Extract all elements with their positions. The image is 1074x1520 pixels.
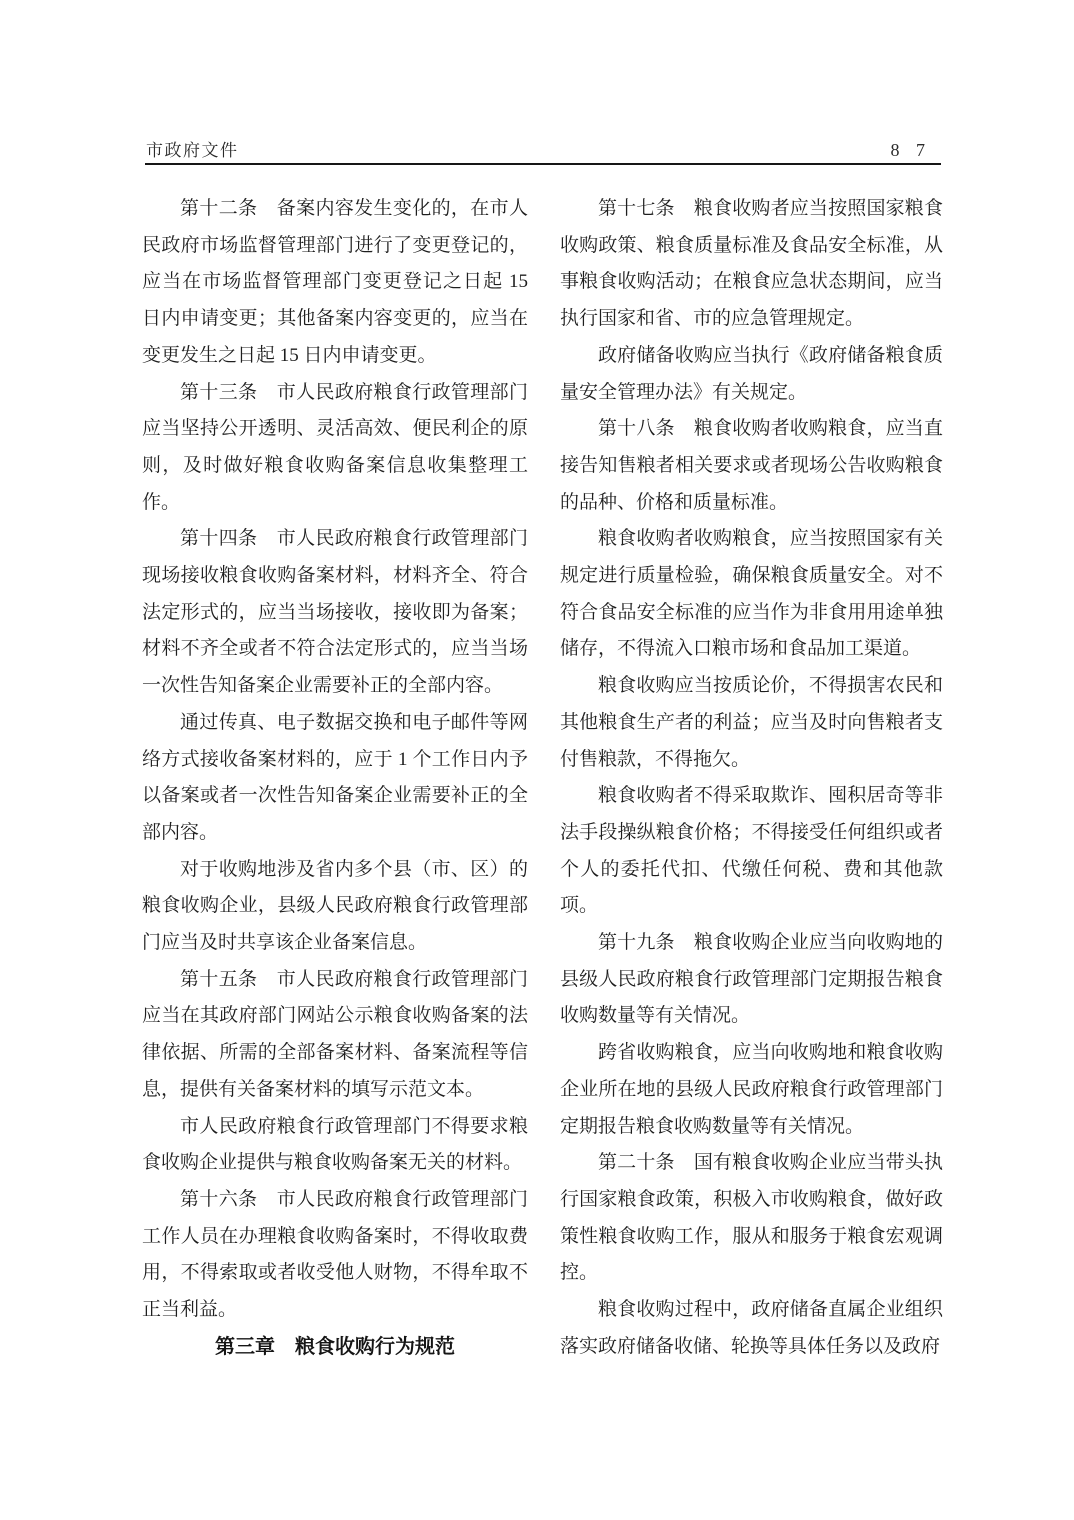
article-14-paragraph-3: 对于收购地涉及省内多个县（市、区）的粮食收购企业，县级人民政府粮食行政管理部门应… xyxy=(142,852,528,962)
header-title: 市政府文件 xyxy=(146,136,239,161)
article-17-paragraph-2: 政府储备收购应当执行《政府储备粮食质量安全管理办法》有关规定。 xyxy=(560,338,943,411)
article-14-paragraph: 第十四条 市人民政府粮食行政管理部门现场接收粮食收购备案材料，材料齐全、符合法定… xyxy=(142,521,528,705)
article-17-paragraph: 第十七条 粮食收购者应当按照国家粮食收购政策、粮食质量标准及食品安全标准，从事粮… xyxy=(560,191,943,338)
article-16-paragraph: 第十六条 市人民政府粮食行政管理部门工作人员在办理粮食收购备案时，不得收取费用，… xyxy=(142,1182,528,1329)
article-18-paragraph-4: 粮食收购者不得采取欺诈、囤积居奇等非法手段操纵粮食价格；不得接受任何组织或者个人… xyxy=(560,778,943,925)
article-13-paragraph: 第十三条 市人民政府粮食行政管理部门应当坚持公开透明、灵活高效、便民利企的原则，… xyxy=(142,375,528,522)
article-15-paragraph: 第十五条 市人民政府粮食行政管理部门应当在其政府部门网站公示粮食收购备案的法律依… xyxy=(142,962,528,1109)
right-column: 第十七条 粮食收购者应当按照国家粮食收购政策、粮食质量标准及食品安全标准，从事粮… xyxy=(560,191,943,1366)
article-15-paragraph-2: 市人民政府粮食行政管理部门不得要求粮食收购企业提供与粮食收购备案无关的材料。 xyxy=(142,1109,528,1182)
chapter-3-heading: 第三章 粮食收购行为规范 xyxy=(142,1329,528,1366)
article-18-paragraph-2: 粮食收购者收购粮食，应当按照国家有关规定进行质量检验，确保粮食质量安全。对不符合… xyxy=(560,521,943,668)
article-18-paragraph: 第十八条 粮食收购者收购粮食，应当直接告知售粮者相关要求或者现场公告收购粮食的品… xyxy=(560,411,943,521)
document-page: 市政府文件 8 7 第十二条 备案内容发生变化的，在市人民政府市场监督管理部门进… xyxy=(0,0,1074,1520)
article-12-paragraph: 第十二条 备案内容发生变化的，在市人民政府市场监督管理部门进行了变更登记的，应当… xyxy=(142,191,528,375)
article-20-paragraph: 第二十条 国有粮食收购企业应当带头执行国家粮食政策，积极入市收购粮食，做好政策性… xyxy=(560,1145,943,1292)
page-number: 8 7 xyxy=(891,140,932,161)
left-column: 第十二条 备案内容发生变化的，在市人民政府市场监督管理部门进行了变更登记的，应当… xyxy=(142,191,528,1366)
article-18-paragraph-3: 粮食收购应当按质论价，不得损害农民和其他粮食生产者的利益；应当及时向售粮者支付售… xyxy=(560,668,943,778)
article-19-paragraph-2: 跨省收购粮食，应当向收购地和粮食收购企业所在地的县级人民政府粮食行政管理部门定期… xyxy=(560,1035,943,1145)
header-rule xyxy=(145,163,941,165)
article-20-paragraph-2: 粮食收购过程中，政府储备直属企业组织落实政府储备收储、轮换等具体任务以及政府 xyxy=(560,1292,943,1365)
article-19-paragraph: 第十九条 粮食收购企业应当向收购地的县级人民政府粮食行政管理部门定期报告粮食收购… xyxy=(560,925,943,1035)
article-14-paragraph-2: 通过传真、电子数据交换和电子邮件等网络方式接收备案材料的，应于 1 个工作日内予… xyxy=(142,705,528,852)
